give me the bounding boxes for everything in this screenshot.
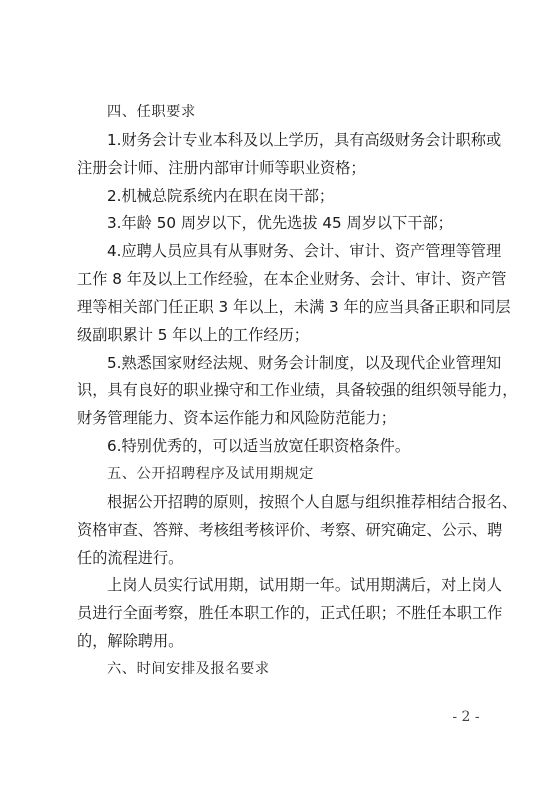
section-heading-requirements: 四、任职要求	[77, 99, 489, 127]
text-line: 工作 8 年及以上工作经验，在本企业财务、会计、审计、资产管	[77, 266, 489, 294]
text-line: 3.年龄 50 周岁以下，优先选拔 45 周岁以下干部；	[77, 210, 489, 238]
text-line: 上岗人员实行试用期，试用期一年。试用期满后，对上岗人	[77, 572, 489, 600]
section-heading-schedule: 六、时间安排及报名要求	[77, 656, 489, 684]
paragraph-requirement-4: 4.应聘人员应具有从事财务、会计、审计、资产管理等管理 工作 8 年及以上工作经…	[77, 238, 489, 349]
text-line: 任的流程进行。	[77, 545, 489, 573]
paragraph-requirement-6: 6.特别优秀的，可以适当放宽任职资格条件。	[77, 433, 489, 461]
section-heading-recruitment-procedure: 五、公开招聘程序及试用期规定	[77, 461, 489, 489]
paragraph-requirement-5: 5.熟悉国家财经法规、财务会计制度，以及现代企业管理知 识，具有良好的职业操守和…	[77, 350, 489, 434]
text-line: 财务管理能力、资本运作能力和风险防范能力；	[77, 405, 489, 433]
text-line: 1.财务会计专业本科及以上学历，具有高级财务会计职称或	[77, 127, 489, 155]
paragraph-requirement-3: 3.年龄 50 周岁以下，优先选拔 45 周岁以下干部；	[77, 210, 489, 238]
text-line: 5.熟悉国家财经法规、财务会计制度，以及现代企业管理知	[77, 350, 489, 378]
text-line: 注册会计师、注册内部审计师等职业资格；	[77, 155, 489, 183]
text-line: 员进行全面考察，胜任本职工作的，正式任职；不胜任本职工作	[77, 600, 489, 628]
text-line: 4.应聘人员应具有从事财务、会计、审计、资产管理等管理	[77, 238, 489, 266]
text-line: 资格审查、答辩、考核组考核评价、考察、研究确定、公示、聘	[77, 517, 489, 545]
text-line: 级副职累计 5 年以上的工作经历；	[77, 322, 489, 350]
text-line: 的，解除聘用。	[77, 628, 489, 656]
page-number: - 2 -	[446, 706, 486, 728]
document-body: 四、任职要求 1.财务会计专业本科及以上学历，具有高级财务会计职称或 注册会计师…	[77, 99, 489, 684]
text-line: 理等相关部门任正职 3 年以上，未满 3 年的应当具备正职和同层	[77, 294, 489, 322]
document-page: 四、任职要求 1.财务会计专业本科及以上学历，具有高级财务会计职称或 注册会计师…	[0, 0, 558, 786]
text-line: 2.机械总院系统内在职在岗干部；	[77, 183, 489, 211]
text-line: 6.特别优秀的，可以适当放宽任职资格条件。	[77, 433, 489, 461]
text-line: 根据公开招聘的原则，按照个人自愿与组织推荐相结合报名、	[77, 489, 489, 517]
paragraph-requirement-2: 2.机械总院系统内在职在岗干部；	[77, 183, 489, 211]
paragraph-procedure: 根据公开招聘的原则，按照个人自愿与组织推荐相结合报名、 资格审查、答辩、考核组考…	[77, 489, 489, 573]
text-line: 识，具有良好的职业操守和工作业绩，具备较强的组织领导能力，	[77, 377, 489, 405]
paragraph-probation: 上岗人员实行试用期，试用期一年。试用期满后，对上岗人 员进行全面考察，胜任本职工…	[77, 572, 489, 656]
paragraph-requirement-1: 1.财务会计专业本科及以上学历，具有高级财务会计职称或 注册会计师、注册内部审计…	[77, 127, 489, 183]
